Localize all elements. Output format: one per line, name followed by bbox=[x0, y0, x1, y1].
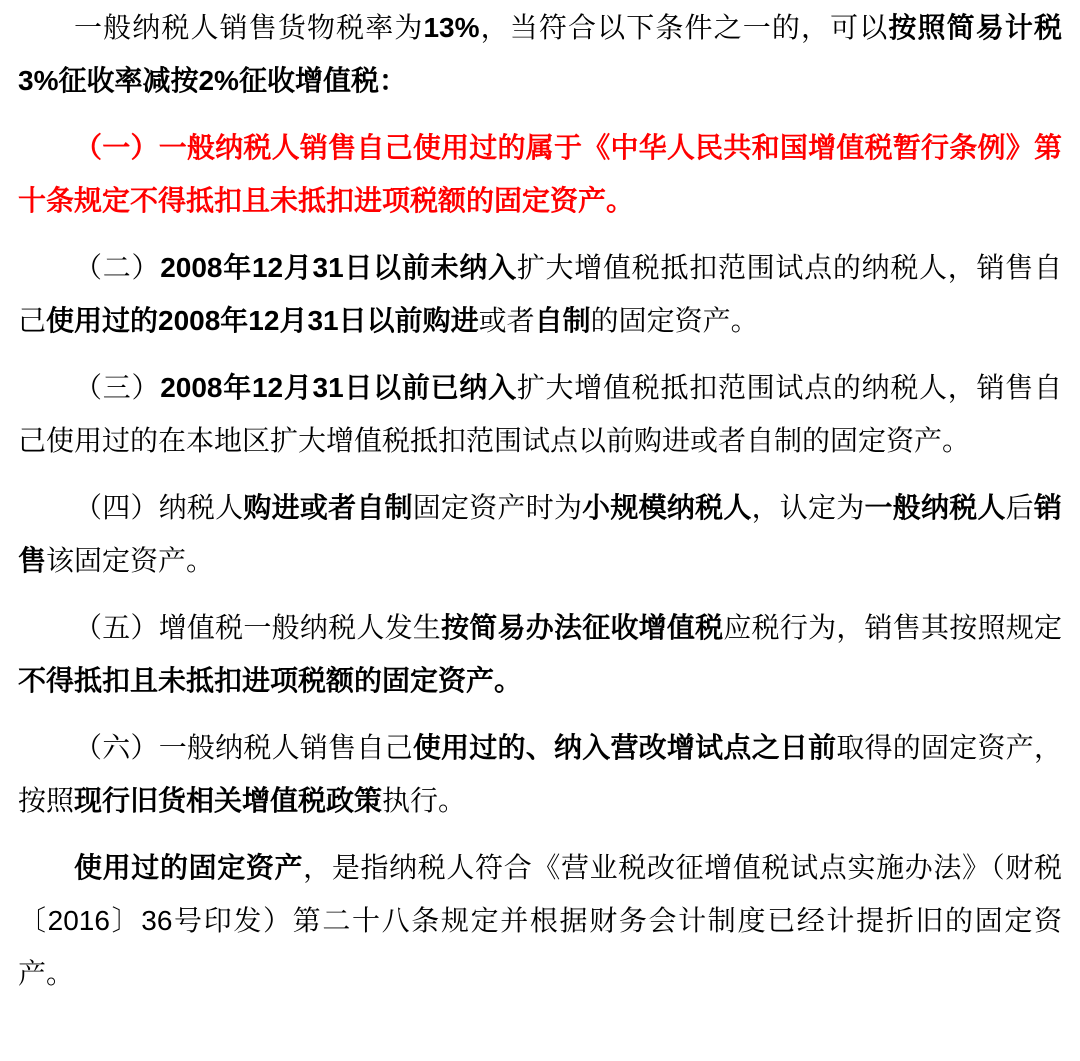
text-segment: （二） bbox=[74, 252, 160, 283]
text-segment: 使用过的固定资产 bbox=[74, 852, 303, 883]
paragraph-definition: 使用过的固定资产，是指纳税人符合《营业税改征增值税试点实施办法》（财税〔2016… bbox=[18, 841, 1062, 1000]
paragraph-item-2: （二）2008年12月31日以前未纳入扩大增值税抵扣范围试点的纳税人，销售自己使… bbox=[18, 241, 1062, 347]
text-segment: 或者 bbox=[479, 305, 535, 336]
text-segment: 不得抵扣且未抵扣进项税额的固定资产。 bbox=[18, 665, 522, 696]
paragraph-item-6: （六）一般纳税人销售自己使用过的、纳入营改增试点之日前取得的固定资产，按照现行旧… bbox=[18, 721, 1062, 827]
text-segment: 应税行为，销售其按照规定 bbox=[723, 612, 1062, 643]
paragraph-item-3: （三）2008年12月31日以前已纳入扩大增值税抵扣范围试点的纳税人，销售自己使… bbox=[18, 361, 1062, 467]
text-segment: 现行旧货相关增值税政策 bbox=[74, 785, 382, 816]
text-segment: 小规模纳税人 bbox=[582, 492, 751, 523]
text-segment: （五）增值税一般纳税人发生 bbox=[74, 612, 441, 643]
text-segment: 一般纳税人销售货物税率为 bbox=[74, 12, 423, 43]
text-segment: ，认定为 bbox=[752, 492, 865, 523]
paragraph-item-1: （一）一般纳税人销售自己使用过的属于《中华人民共和国增值税暂行条例》第十条规定不… bbox=[18, 121, 1062, 227]
document-body: 一般纳税人销售货物税率为13%，当符合以下条件之一的，可以按照简易计税3%征收率… bbox=[18, 1, 1062, 1000]
paragraph-intro: 一般纳税人销售货物税率为13%，当符合以下条件之一的，可以按照简易计税3%征收率… bbox=[18, 1, 1062, 107]
document-page: 一般纳税人销售货物税率为13%，当符合以下条件之一的，可以按照简易计税3%征收率… bbox=[0, 0, 1080, 1061]
text-segment: 按简易办法征收增值税 bbox=[441, 612, 723, 643]
text-segment: （四）纳税人 bbox=[74, 492, 243, 523]
text-segment: 执行。 bbox=[382, 785, 466, 816]
text-segment: 该固定资产。 bbox=[46, 545, 214, 576]
text-segment: （一）一般纳税人销售自己使用过的属于《中华人民共和国增值税暂行条例》第十条规定不… bbox=[18, 132, 1062, 216]
text-segment: 自制 bbox=[535, 305, 591, 336]
text-segment: （六）一般纳税人销售自己 bbox=[74, 732, 413, 763]
text-segment: 固定资产时为 bbox=[413, 492, 582, 523]
paragraph-item-5: （五）增值税一般纳税人发生按简易办法征收增值税应税行为，销售其按照规定不得抵扣且… bbox=[18, 601, 1062, 707]
text-segment: 使用过的、纳入营改增试点之日前 bbox=[413, 732, 837, 763]
text-segment: 一般纳税人 bbox=[865, 492, 1006, 523]
text-segment: 购进或者自制 bbox=[243, 492, 412, 523]
text-segment: 13% bbox=[423, 12, 479, 43]
text-segment: 的固定资产。 bbox=[591, 305, 759, 336]
text-segment: 2008年12月31日以前未纳入 bbox=[160, 252, 517, 283]
text-segment: 2008年12月31日以前已纳入 bbox=[160, 372, 517, 403]
text-segment: ，当符合以下条件之一的，可以 bbox=[480, 12, 889, 43]
text-segment: 后 bbox=[1006, 492, 1034, 523]
paragraph-item-4: （四）纳税人购进或者自制固定资产时为小规模纳税人，认定为一般纳税人后销售该固定资… bbox=[18, 481, 1062, 587]
text-segment: （三） bbox=[74, 372, 160, 403]
text-segment: 使用过的2008年12月31日以前购进 bbox=[46, 305, 479, 336]
